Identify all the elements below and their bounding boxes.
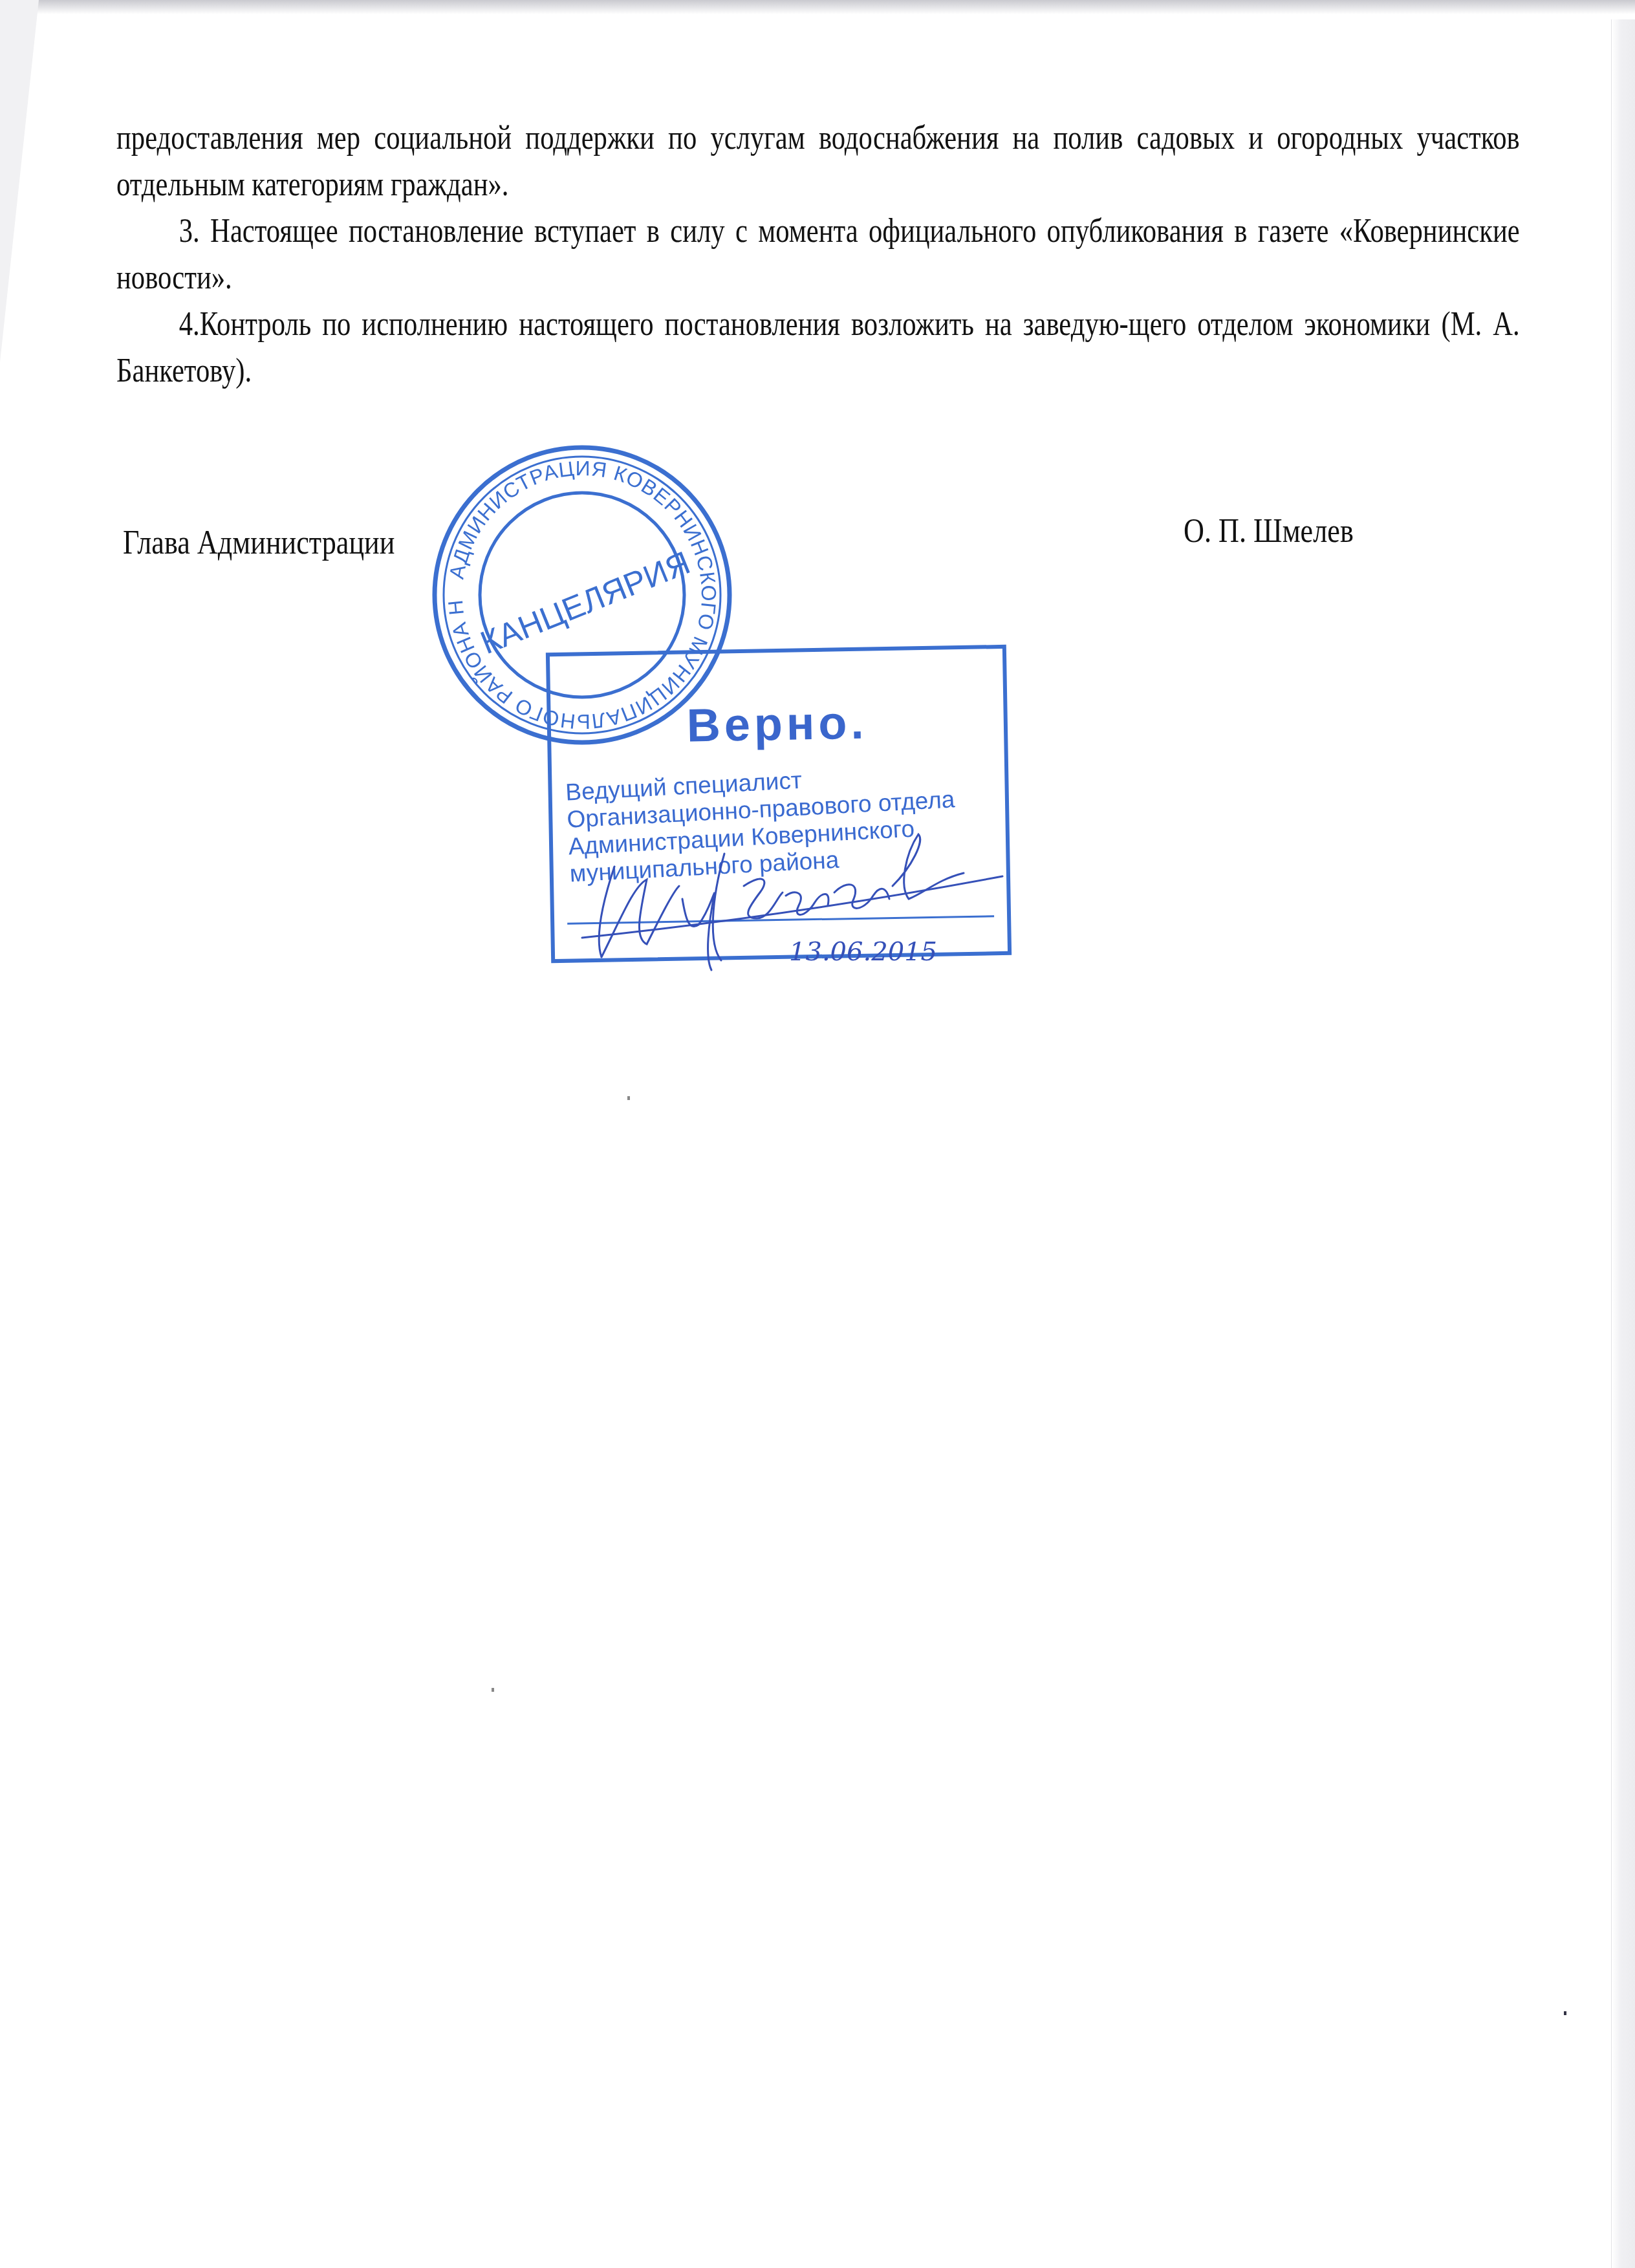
signatory-position: Глава Администрации (123, 524, 395, 562)
paragraph-continuation: предоставления мер социальной поддержки … (116, 115, 1520, 208)
scan-speck (492, 1688, 494, 1692)
paragraph-3: 3. Настоящее постановление вступает в си… (116, 208, 1520, 301)
stamp-title: Верно. (686, 697, 868, 753)
scan-speck (627, 1096, 630, 1100)
document-body: предоставления мер социальной поддержки … (116, 115, 1520, 394)
scan-speck (1564, 2011, 1566, 2015)
document-page: предоставления мер социальной поддержки … (0, 0, 1635, 2268)
signatory-name: О. П. Шмелев (1184, 512, 1354, 550)
handwritten-signature-icon: 13.06.2015 (576, 828, 1015, 983)
paragraph-4: 4.Контроль по исполнению настоящего пост… (116, 301, 1520, 394)
handwritten-date: 13.06.2015 (789, 937, 937, 967)
seal-center-text: КАНЦЕЛЯРИЯ (475, 545, 695, 662)
